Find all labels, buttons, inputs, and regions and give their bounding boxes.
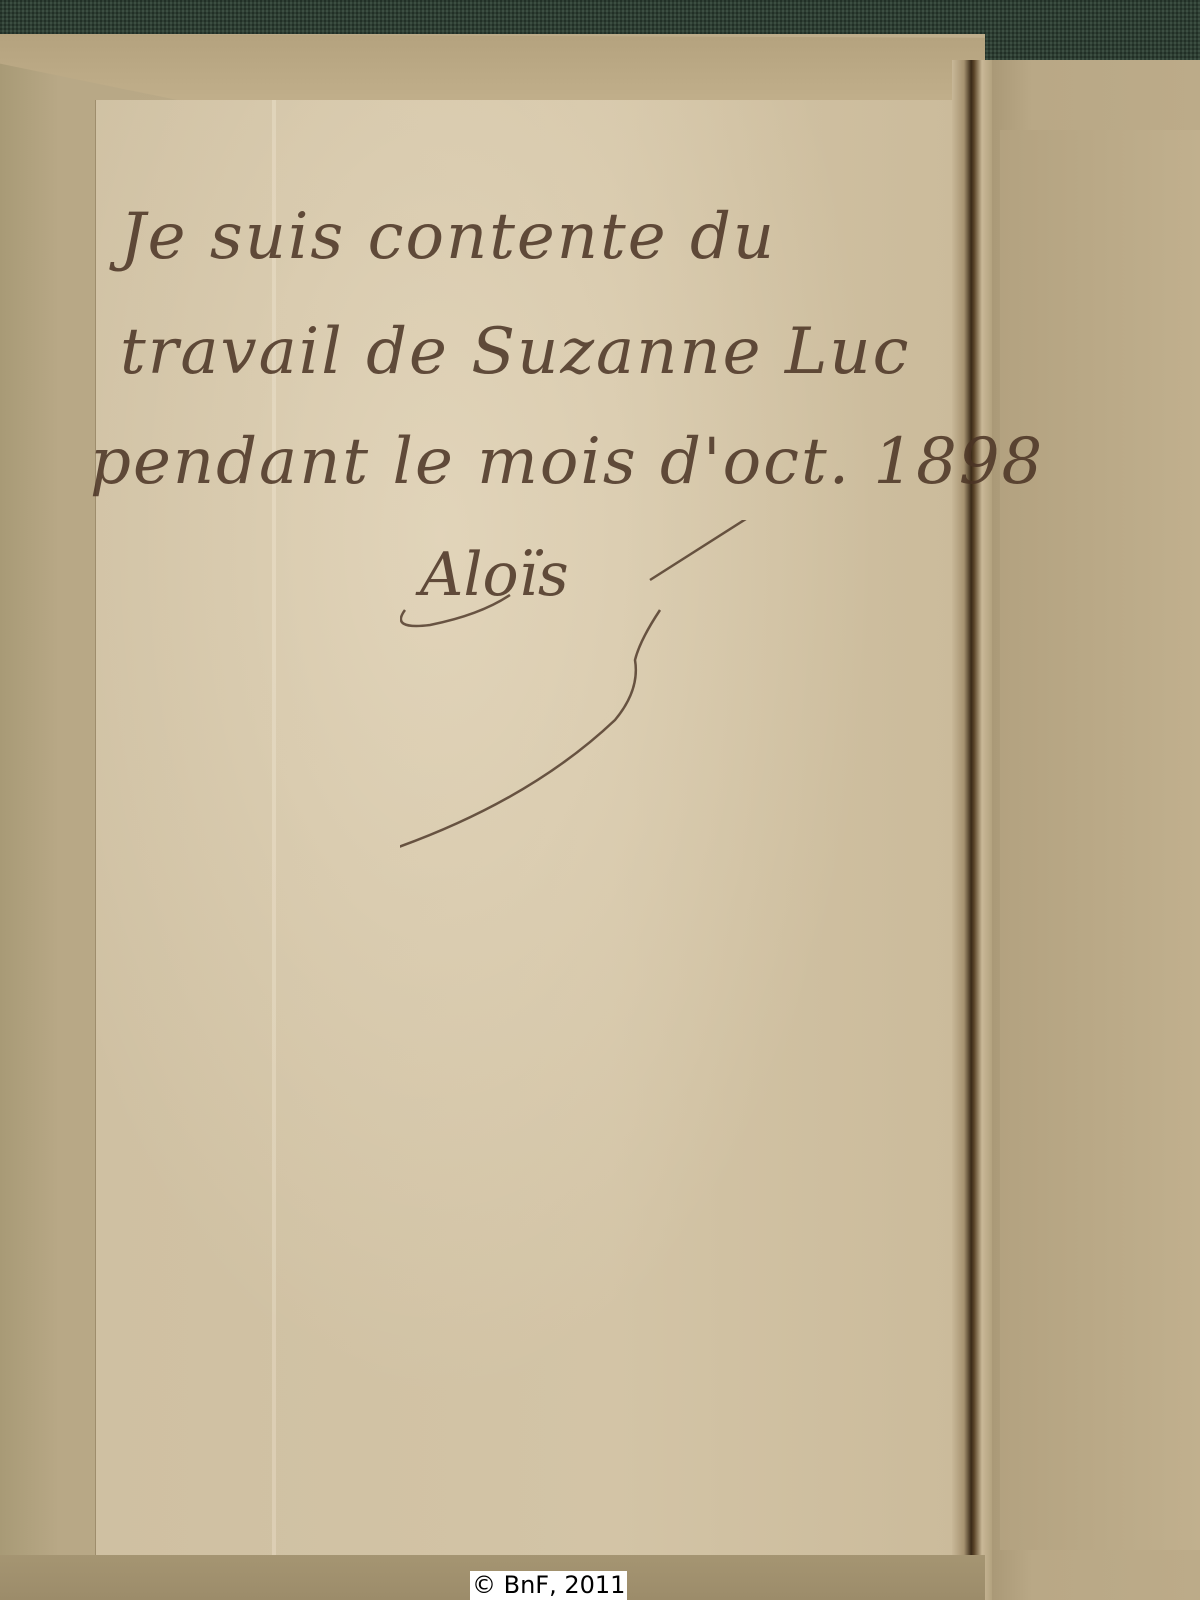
book-right-page	[1000, 130, 1200, 1550]
signature: Aloïs	[400, 520, 800, 880]
inscription-line-2: travail de Suzanne Luc	[120, 315, 910, 389]
inscription-line-1: Je suis contente du	[120, 200, 776, 274]
signature-flourish-icon	[400, 520, 800, 880]
copyright-notice: © BnF, 2011	[470, 1571, 627, 1600]
inscription-line-3: pendant le mois d'oct. 1898	[90, 425, 1044, 499]
